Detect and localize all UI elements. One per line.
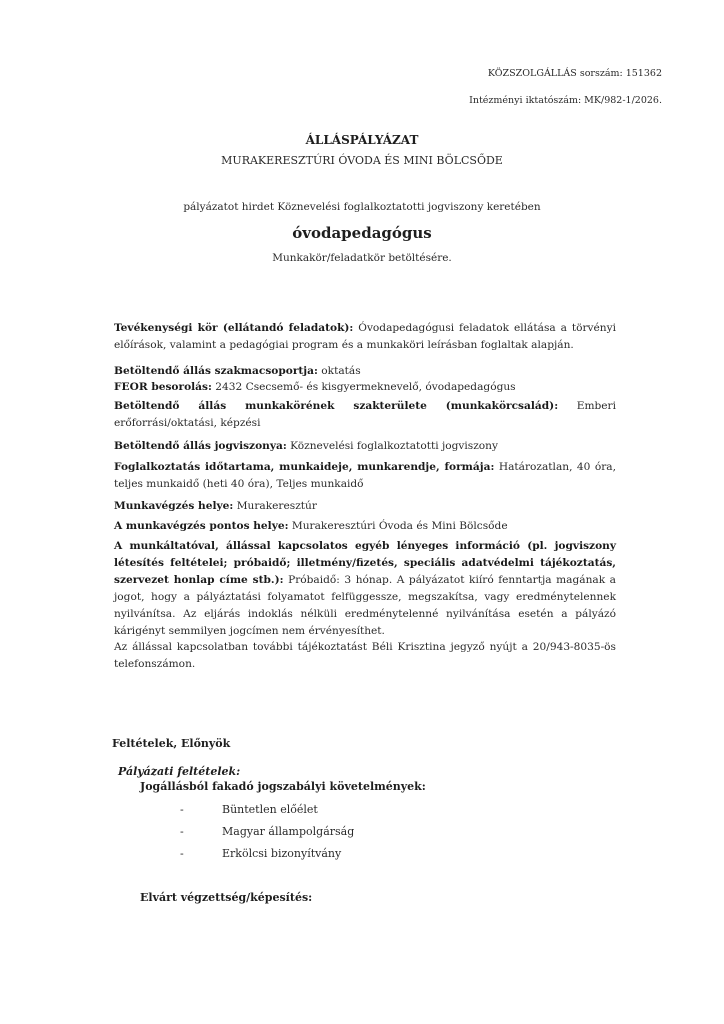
dash-bullet-icon: -: [180, 825, 184, 838]
education-heading: Elvárt végzettség/képesítés:: [140, 891, 312, 904]
field-label: Betöltendő állás munkakörének szakterüle…: [114, 400, 558, 412]
intro-line: pályázatot hirdet Köznevelési foglalkozt…: [0, 201, 724, 213]
field-label: Munkavégzés helye:: [114, 500, 233, 512]
field-label: Betöltendő állás szakmacsoportja:: [114, 365, 318, 377]
field-label: Tevékenységi kör (ellátandó feladatok):: [114, 322, 353, 334]
conditions-heading: Feltételek, Előnyök: [112, 737, 230, 750]
field-activity: Tevékenységi kör (ellátandó feladatok): …: [114, 320, 616, 354]
field-value: 2432 Csecsemő- és kisgyermeknevelő, óvod…: [212, 381, 516, 393]
field-other-info: A munkáltatóval, állással kapcsolatos eg…: [114, 538, 616, 640]
institution-name: MURAKERESZTÚRI ÓVODA ÉS MINI BÖLCSŐDE: [0, 154, 724, 167]
field-value: Murakeresztúri Óvoda és Mini Bölcsőde: [289, 520, 508, 532]
field-value: oktatás: [318, 365, 361, 377]
subtitle: Munkakör/feladatkör betöltésére.: [0, 252, 724, 264]
list-item-text: Büntetlen előélet: [222, 803, 318, 816]
field-label: FEOR besorolás:: [114, 381, 212, 393]
list-item-text: Erkölcsi bizonyítvány: [222, 847, 341, 860]
field-value: Köznevelési foglalkoztatotti jogviszony: [287, 440, 498, 452]
field-specialty: Betöltendő állás munkakörének szakterüle…: [114, 398, 616, 432]
dash-bullet-icon: -: [180, 847, 184, 860]
contact-info: Az állással kapcsolatban további tájékoz…: [114, 639, 616, 673]
field-value: Murakeresztúr: [233, 500, 317, 512]
field-feor: FEOR besorolás: 2432 Csecsemő- és kisgye…: [114, 379, 616, 396]
field-professional-group: Betöltendő állás szakmacsoportja: oktatá…: [114, 363, 616, 380]
filing-number: Intézményi iktatószám: MK/982-1/2026.: [469, 95, 662, 106]
field-exact-workplace: A munkavégzés pontos helye: Murakeresztú…: [114, 518, 616, 535]
application-conditions-subheading: Pályázati feltételek:: [118, 765, 240, 778]
field-label: Betöltendő állás jogviszonya:: [114, 440, 287, 452]
field-employment-type: Betöltendő állás jogviszonya: Köznevelés…: [114, 438, 616, 455]
dash-bullet-icon: -: [180, 803, 184, 816]
list-item-text: Magyar állampolgárság: [222, 825, 354, 838]
ref-number: KÖZSZOLGÁLLÁS sorszám: 151362: [488, 68, 662, 79]
field-working-hours: Foglalkoztatás időtartama, munkaideje, m…: [114, 459, 616, 493]
position-title: óvodapedagógus: [0, 224, 724, 242]
field-label: Foglalkoztatás időtartama, munkaideje, m…: [114, 461, 494, 473]
document-title: ÁLLÁSPÁLYÁZAT: [0, 133, 724, 147]
field-workplace: Munkavégzés helye: Murakeresztúr: [114, 498, 616, 515]
legal-requirements-heading: Jogállásból fakadó jogszabályi követelmé…: [140, 780, 426, 793]
field-label: A munkavégzés pontos helye:: [114, 520, 289, 532]
